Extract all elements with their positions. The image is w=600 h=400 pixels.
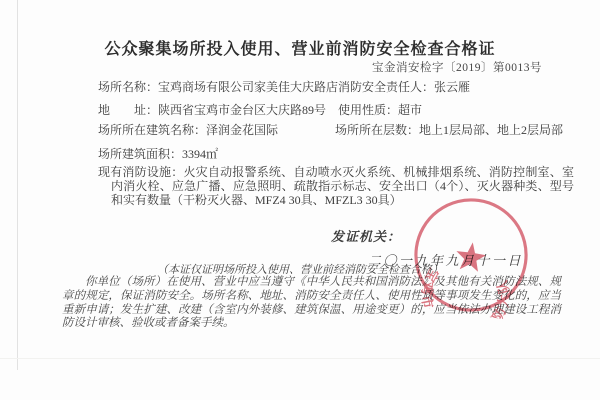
building-area-label: 场所建筑面积： [98, 147, 182, 161]
safety-manager-value: 张云雁 [434, 80, 470, 94]
certificate-number: 宝金消安检字〔2019〕第0013号 [372, 59, 542, 75]
place-name-value: 宝鸡商场有限公司家美佳大庆路店 [158, 80, 338, 94]
certificate-document: 公众聚集场所投入使用、营业前消防安全检查合格证 宝金消安检字〔2019〕第001… [0, 0, 600, 400]
certificate-title: 公众聚集场所投入使用、营业前消防安全检查合格证 [0, 36, 600, 59]
fire-facilities-label: 现有消防设施： [98, 165, 183, 179]
address-value: 陕西省宝鸡市金台区大庆路89号 [158, 103, 326, 117]
floors-label: 场所所在层数： [335, 123, 419, 137]
building-area-value: 3394㎡ [182, 147, 218, 161]
usage-type-label: 使用性质： [338, 103, 398, 117]
field-floors: 场所所在层数：地上1层局部、地上2层局部 [335, 121, 563, 138]
place-name-label: 场所名称： [98, 80, 158, 94]
field-building-name: 场所所在建筑名称：泽润金花国际 [98, 121, 278, 138]
scan-bottom-edge [0, 358, 600, 359]
floors-value: 地上1层局部、地上2层局部 [419, 123, 563, 137]
field-usage-type: 使用性质：超市 [338, 101, 422, 118]
field-fire-facilities: 现有消防设施：火灾自动报警系统、自动喷水灭火系统、机械排烟系统、消防控制室、室内… [98, 165, 574, 207]
field-address: 地 址：陕西省宝鸡市金台区大庆路89号 [98, 101, 326, 118]
field-place-name: 场所名称：宝鸡商场有限公司家美佳大庆路店 [98, 78, 338, 95]
building-name-label: 场所所在建筑名称： [98, 123, 206, 137]
building-name-value: 泽润金花国际 [206, 123, 278, 137]
legal-notice-paragraph: 你单位（场所）在使用、营业中应当遵守《中华人民共和国消防法》及其他有关消防法规、… [62, 276, 561, 331]
address-label: 地 址： [98, 103, 158, 117]
issuing-authority-label: 发证机关： [331, 226, 401, 245]
field-safety-manager: 消防安全责任人：张云雁 [338, 78, 470, 95]
safety-manager-label: 消防安全责任人： [338, 80, 434, 94]
issue-date: 二〇一九年九月十一日 [368, 250, 523, 269]
usage-type-value: 超市 [398, 103, 422, 117]
field-building-area: 场所建筑面积：3394㎡ [98, 145, 218, 162]
